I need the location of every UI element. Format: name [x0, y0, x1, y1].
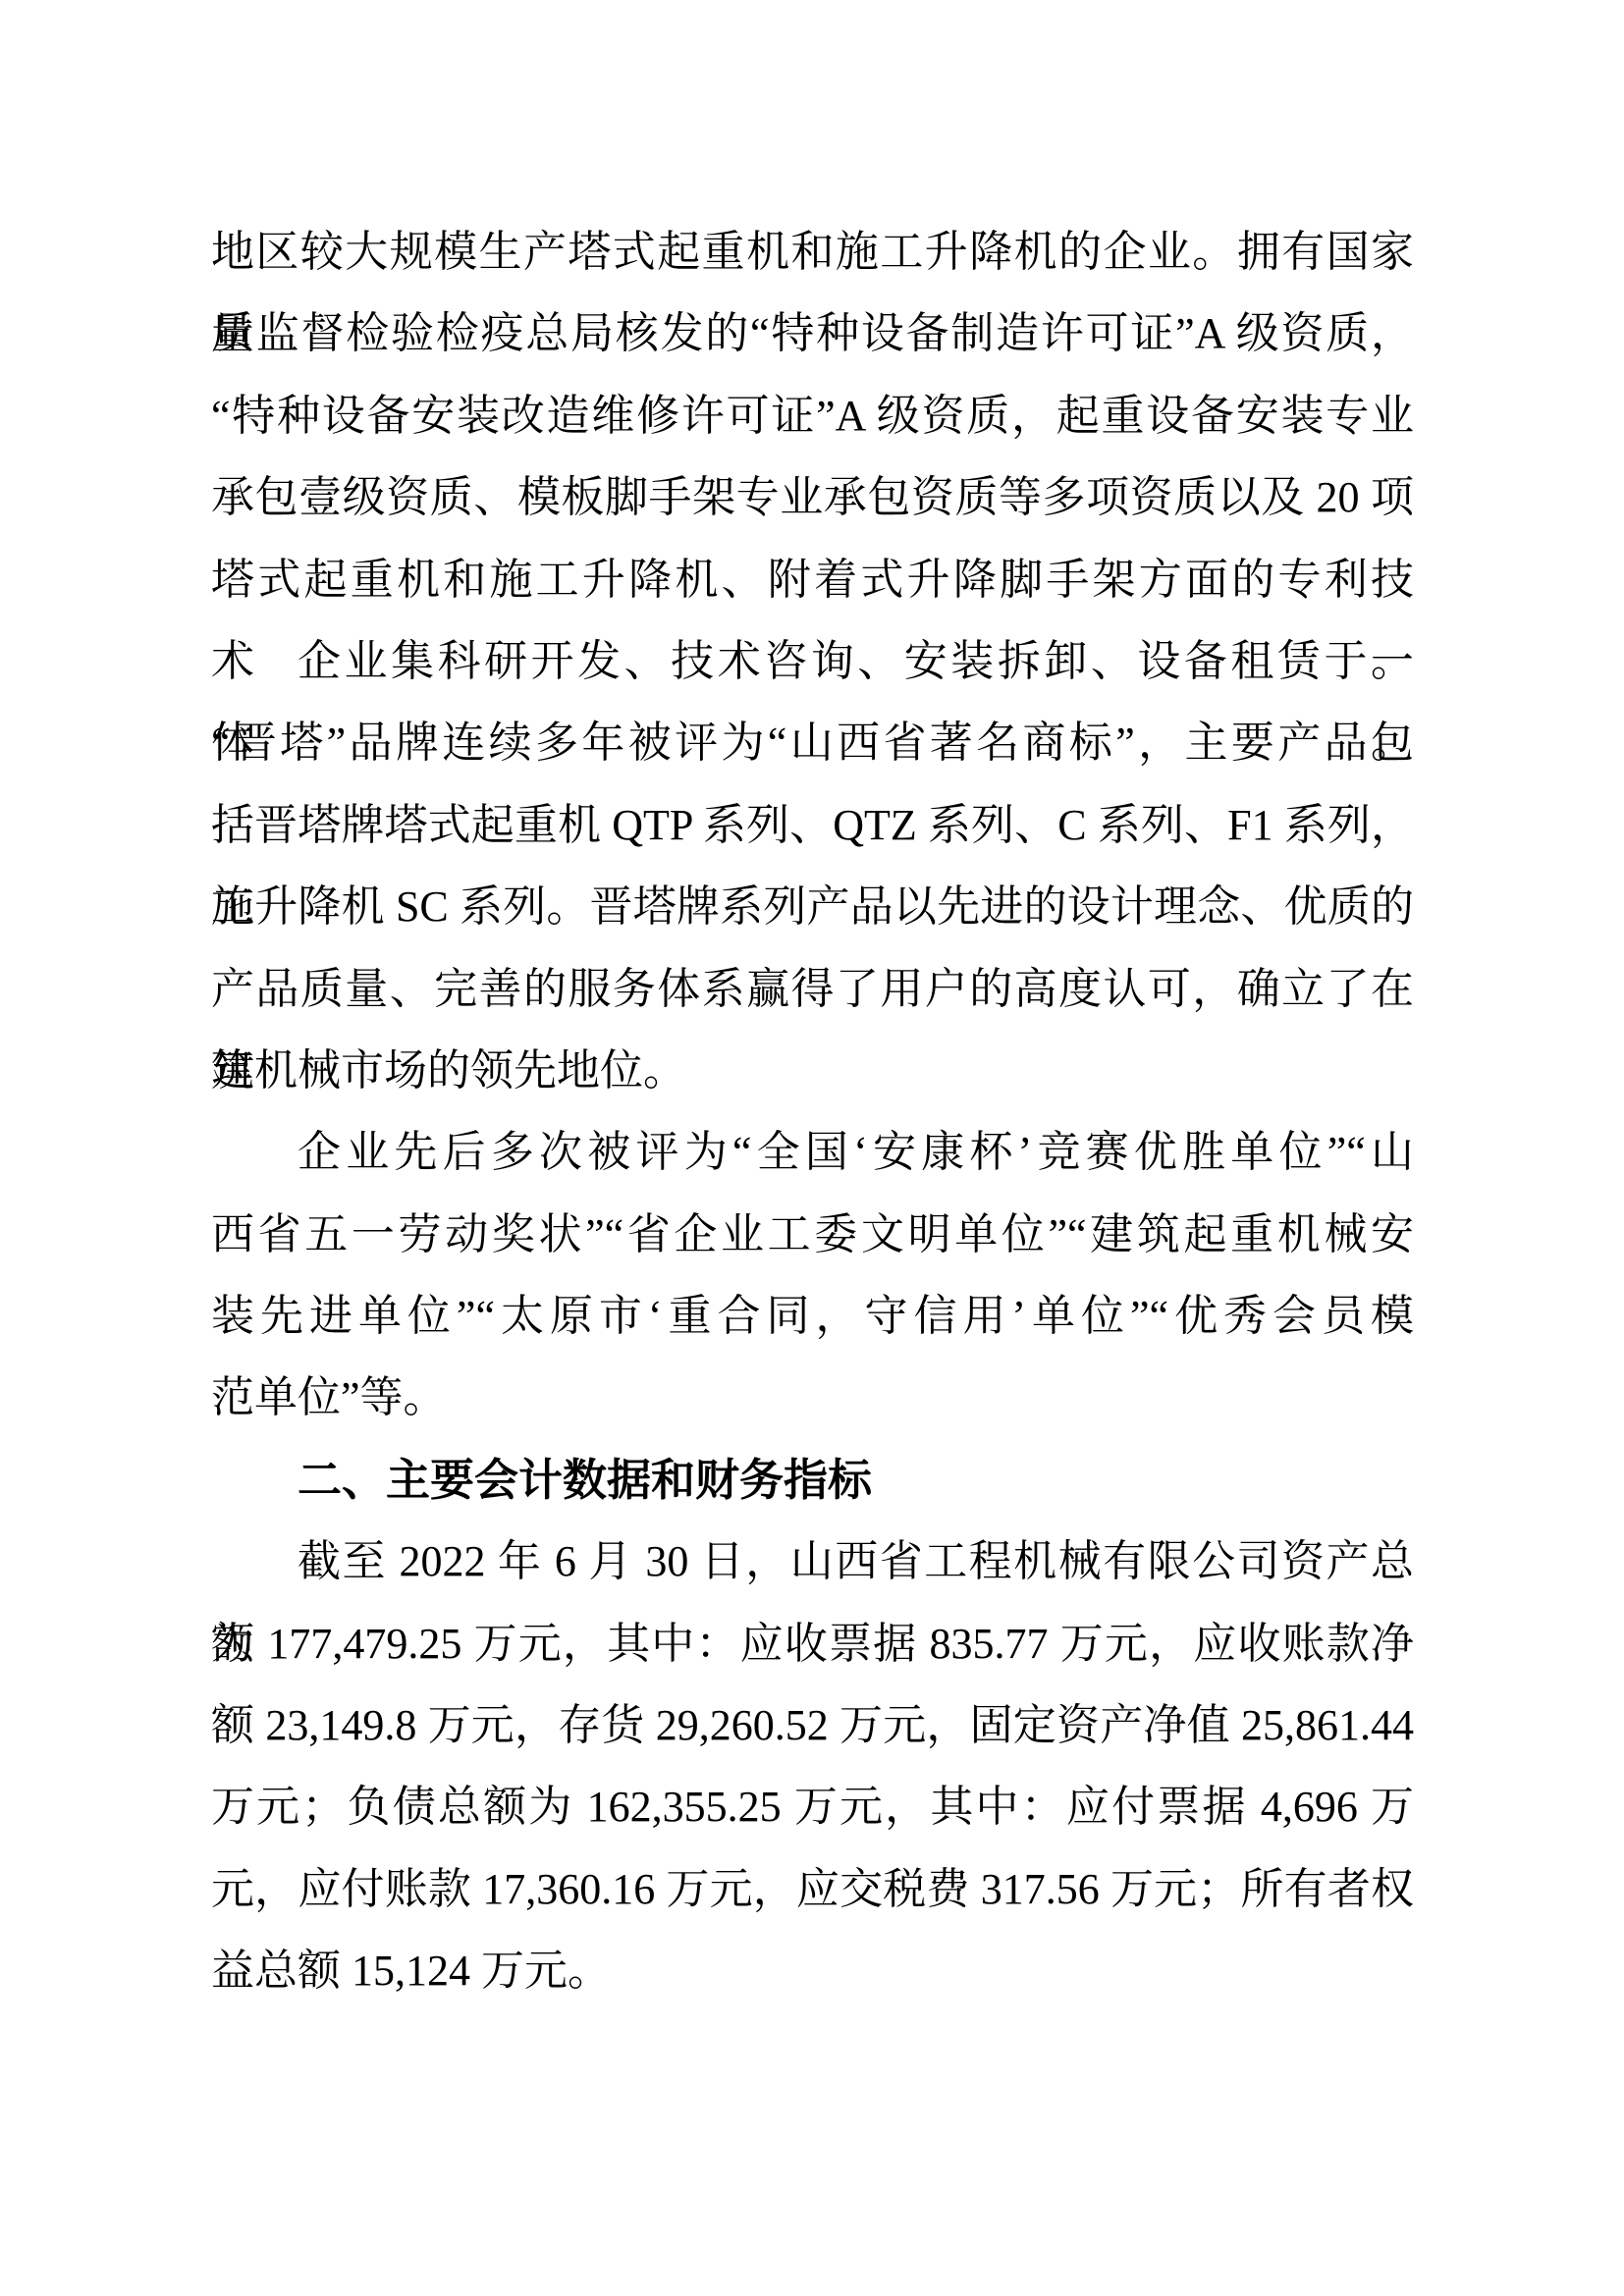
text-block: 地区较大规模生产塔式起重机和施工升降机的企业。拥有国家质 量监督检验检疫总局核发…: [211, 211, 1414, 2012]
paragraph-line: 企业先后多次被评为“全国‘安康杯’竞赛优胜单位”“山: [211, 1111, 1414, 1193]
paragraph-line: 元，应付账款 17,360.16 万元，应交税费 317.56 万元；所有者权: [211, 1848, 1414, 1930]
paragraph-line: 益总额 15,124 万元。: [211, 1930, 1414, 2011]
paragraph-line: 承包壹级资质、模板脚手架专业承包资质等多项资质以及 20 项: [211, 456, 1414, 538]
paragraph-line: “晋塔”品牌连续多年被评为“山西省著名商标”，主要产品包: [211, 702, 1414, 783]
paragraph-line: 括晋塔牌塔式起重机 QTP 系列、QTZ 系列、C 系列、F1 系列，施: [211, 784, 1414, 866]
paragraph-line: 地区较大规模生产塔式起重机和施工升降机的企业。拥有国家质: [211, 211, 1414, 293]
paragraph-line: 产品质量、完善的服务体系赢得了用户的高度认可，确立了在建: [211, 948, 1414, 1030]
paragraph-line: 范单位”等。: [211, 1357, 1414, 1438]
paragraph-line: “特种设备安装改造维修许可证”A 级资质，起重设备安装专业: [211, 375, 1414, 456]
paragraph-line: 西省五一劳动奖状”“省企业工委文明单位”“建筑起重机械安: [211, 1194, 1414, 1275]
paragraph-line: 为 177,479.25 万元，其中：应收票据 835.77 万元，应收账款净: [211, 1603, 1414, 1684]
paragraph-line: 筑机械市场的领先地位。: [211, 1030, 1414, 1111]
paragraph-line: 工升降机 SC 系列。晋塔牌系列产品以先进的设计理念、优质的: [211, 866, 1414, 947]
section-heading: 二、主要会计数据和财务指标: [211, 1439, 1414, 1521]
paragraph-line: 量监督检验检疫总局核发的“特种设备制造许可证”A 级资质，: [211, 293, 1414, 374]
paragraph-line: 装先进单位”“太原市‘重合同，守信用’单位”“优秀会员模: [211, 1275, 1414, 1357]
paragraph-line: 截至 2022 年 6 月 30 日，山西省工程机械有限公司资产总额: [211, 1521, 1414, 1602]
paragraph-line: 塔式起重机和施工升降机、附着式升降脚手架方面的专利技术。: [211, 539, 1414, 620]
document-page: 地区较大规模生产塔式起重机和施工升降机的企业。拥有国家质 量监督检验检疫总局核发…: [0, 0, 1624, 2296]
paragraph-line: 额 23,149.8 万元，存货 29,260.52 万元，固定资产净值 25,…: [211, 1684, 1414, 1766]
paragraph-line: 万元；负债总额为 162,355.25 万元，其中：应付票据 4,696 万: [211, 1766, 1414, 1847]
paragraph-line: 企业集科研开发、技术咨询、安装拆卸、设备租赁于一体。: [211, 620, 1414, 702]
